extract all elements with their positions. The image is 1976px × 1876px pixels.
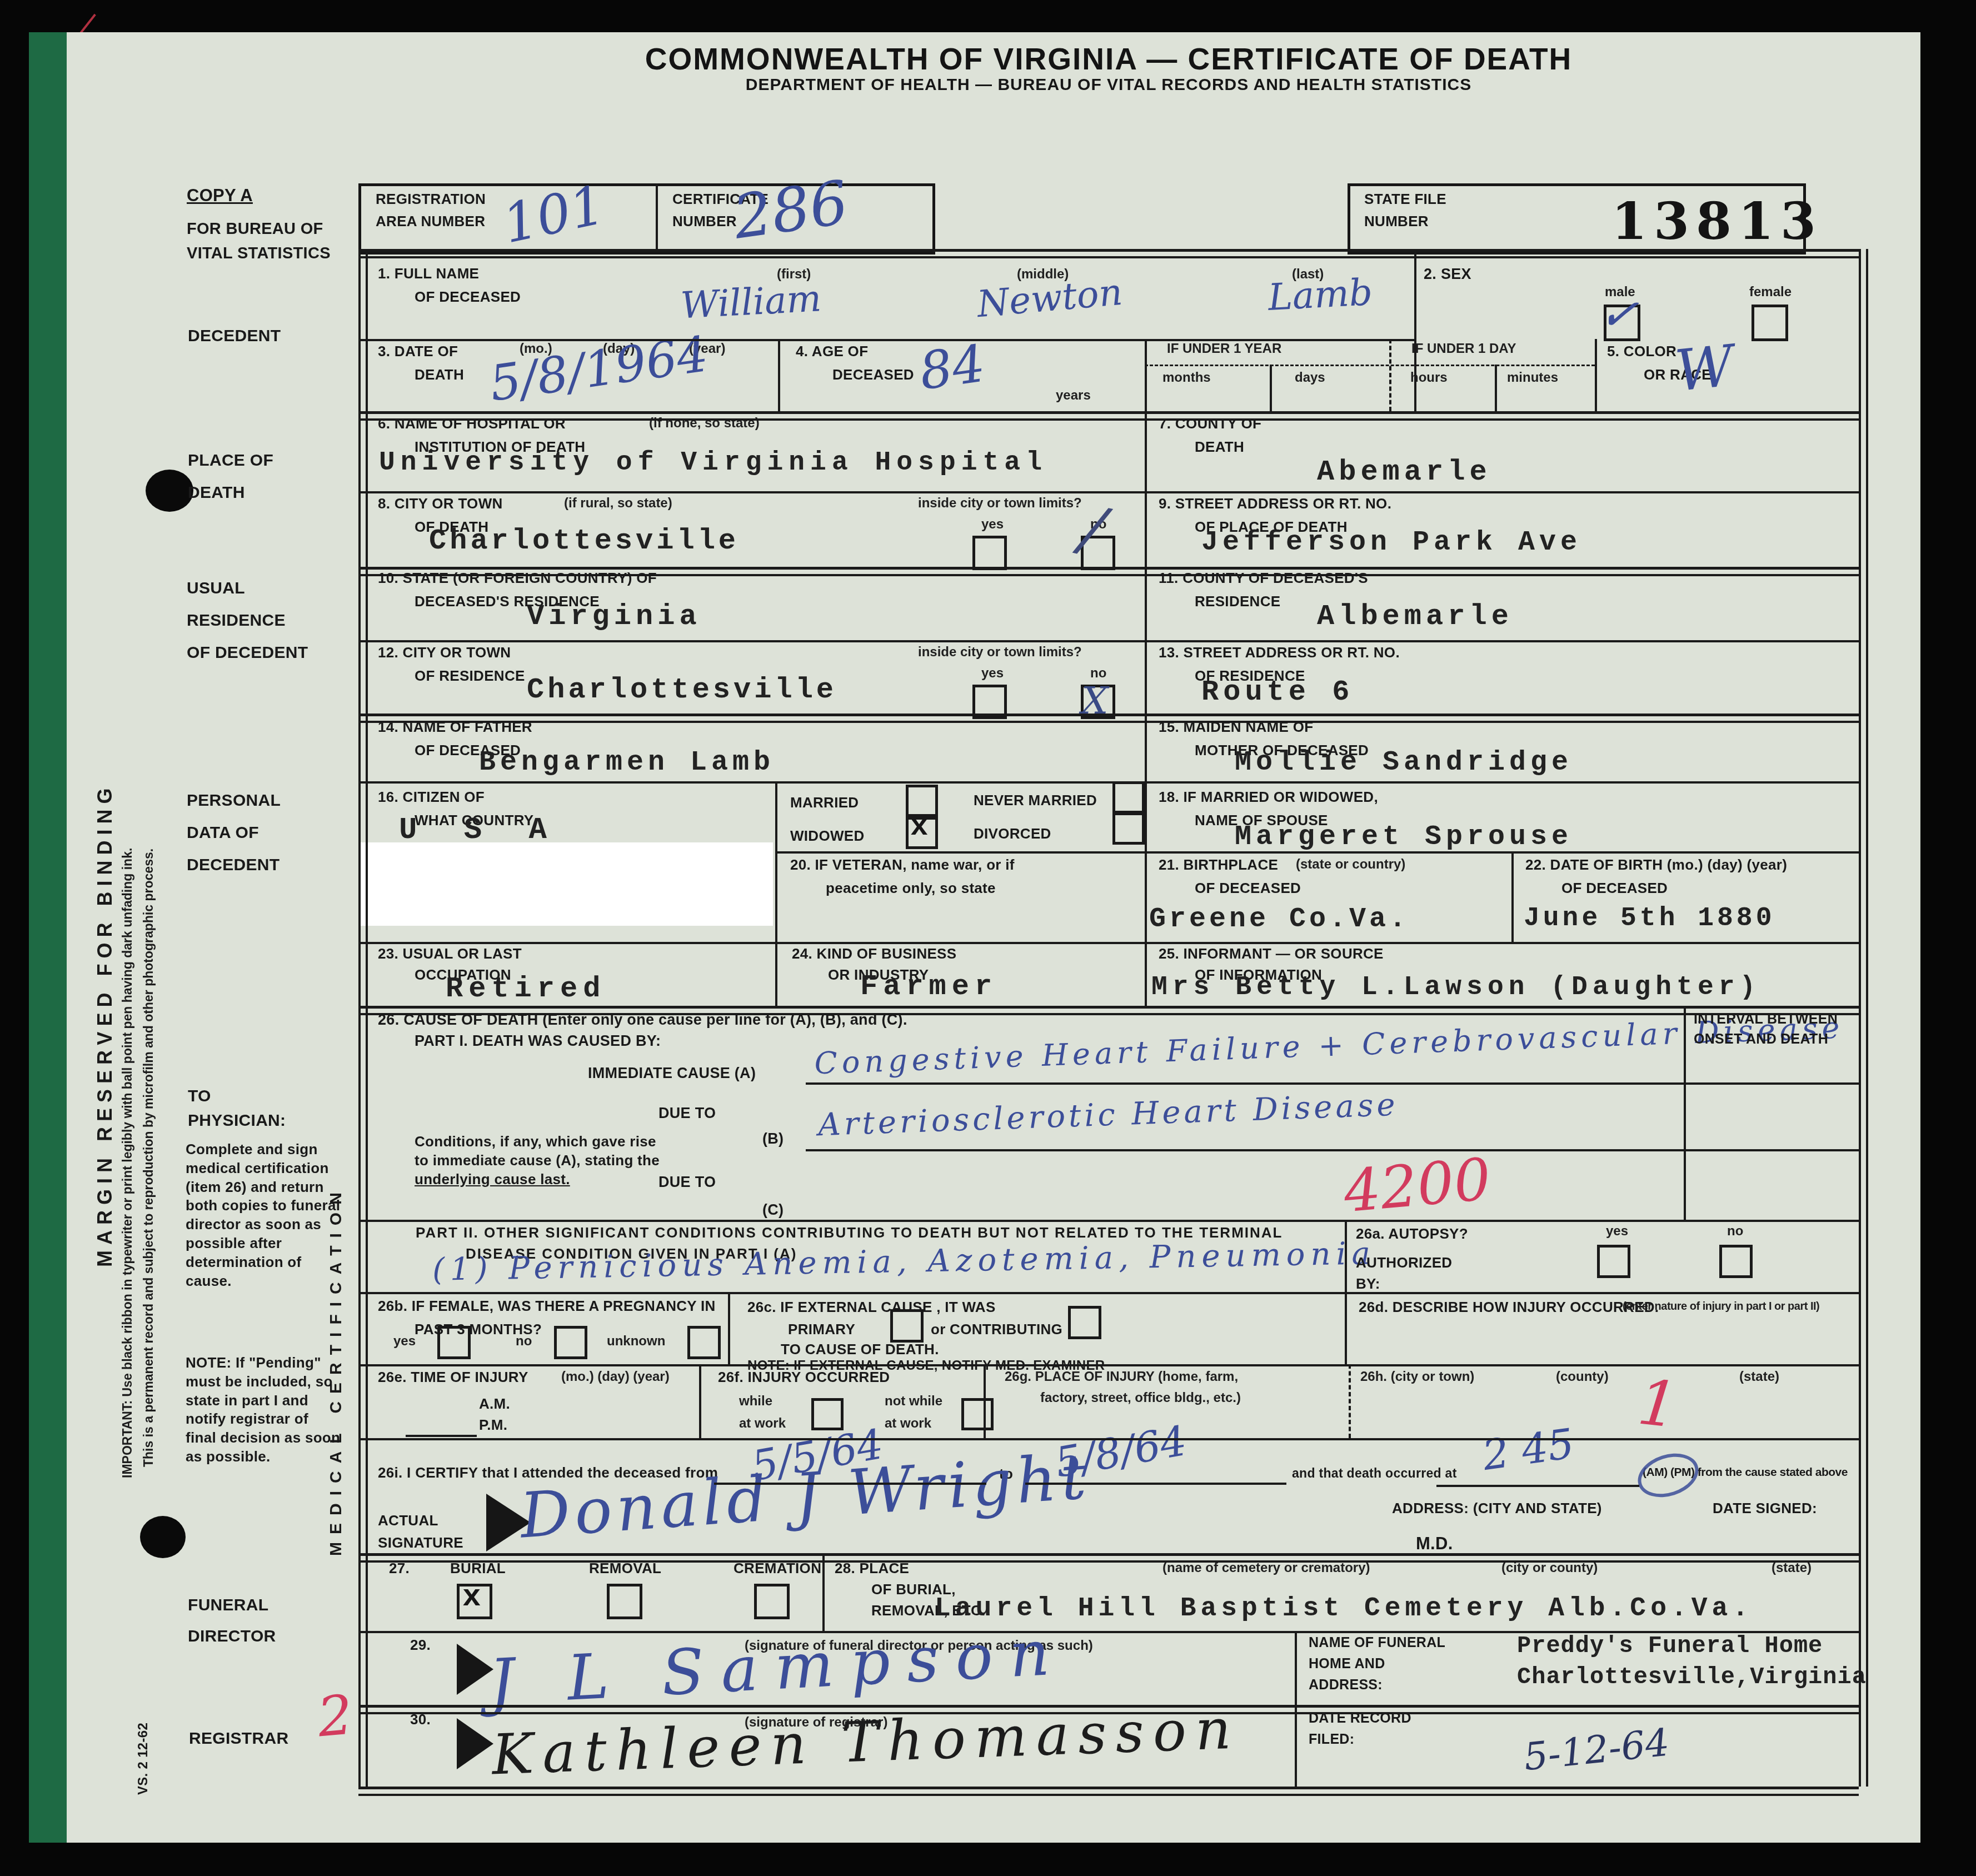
never-married-checkbox (1112, 781, 1145, 814)
field-4-label-1: 4. AGE OF (796, 343, 868, 360)
section-usual-residence-3: OF DECEDENT (187, 643, 308, 663)
section-to-physician-1: TO (188, 1087, 211, 1106)
field-3-label-1: 3. DATE OF (378, 343, 458, 360)
field-21-caption: (state or country) (1296, 857, 1405, 872)
primary-checkbox (890, 1309, 924, 1343)
funeral-home-label-3: ADDRESS: (1309, 1677, 1383, 1693)
grid-line (358, 1438, 1859, 1440)
grid-line (1295, 1631, 1297, 1787)
field-26a-authorized-label-1: AUTHORIZED (1356, 1255, 1452, 1271)
field-26a-yes-label: yes (1606, 1224, 1628, 1239)
field-26d-caption: (enter nature of injury in part I or par… (1623, 1300, 1819, 1313)
certificate-title: COMMONWEALTH OF VIRGINIA — CERTIFICATE O… (361, 41, 1856, 77)
under-1-day-title: IF UNDER 1 DAY (1411, 341, 1516, 357)
pregnancy-yes-checkbox (437, 1326, 471, 1359)
grid-line (358, 1631, 1859, 1633)
field-26f-not-while-label-2: at work (885, 1416, 931, 1431)
field-29-label: 29. (410, 1637, 431, 1654)
field-22-value: June 5th 1880 (1524, 904, 1775, 934)
grid-line (358, 491, 1859, 493)
grid-line (1345, 1292, 1347, 1364)
field-26g-label-1: 26g. PLACE OF INJURY (home, farm, (1005, 1369, 1238, 1385)
punch-hole-bottom (140, 1516, 186, 1558)
field-26c-to-cause-label: TO CAUSE OF DEATH. (781, 1341, 939, 1358)
field-28-caption-city: (city or county) (1501, 1560, 1598, 1576)
field-26g-label-2: factory, street, office bldg., etc.) (1040, 1390, 1241, 1406)
field-2-female-label: female (1749, 285, 1792, 300)
punch-hole-top (146, 470, 193, 512)
field-17-divorced-label: DIVORCED (974, 826, 1051, 842)
funeral-home-value-1: Preddy's Funeral Home (1517, 1633, 1823, 1659)
field-10-value: Virginia (527, 600, 701, 633)
pregnancy-unknown-checkbox (687, 1326, 721, 1359)
redaction-block (361, 842, 773, 926)
field-22-label-2: OF DECEASED (1561, 880, 1668, 897)
field-26d-label: 26d. DESCRIBE HOW INJURY OCCURRED. (1359, 1299, 1659, 1316)
grid-line (358, 1553, 1859, 1563)
field-4-years-label: years (1056, 388, 1091, 403)
field-5-value: W (1672, 333, 1737, 405)
field-26f-not-while-label-1: not while (885, 1394, 942, 1409)
field-7-value: Abemarle (1317, 456, 1491, 488)
field-6-value: University of Virginia Hospital (379, 448, 1047, 478)
margin-important-text-1: IMPORTANT: Use black ribbon in typewrite… (120, 848, 135, 1478)
grid-line (1595, 339, 1597, 411)
grid-line (358, 1364, 1859, 1366)
field-11-value: Albemarle (1317, 600, 1513, 633)
grid-line (1495, 365, 1497, 411)
field-26b-label-1: 26b. IF FEMALE, WAS THERE A PREGNANCY IN (378, 1298, 716, 1315)
field-25-value: Mrs Betty L.Lawson (Daughter) (1151, 972, 1760, 1002)
grid-line (358, 567, 1859, 576)
grid-line (699, 1364, 701, 1438)
copy-for-label-1: FOR BUREAU OF (187, 220, 323, 238)
field-4-value: 84 (916, 333, 989, 401)
while-at-work-checkbox (811, 1398, 844, 1430)
field-21-value: Greene Co.Va. (1149, 904, 1409, 935)
margin-binding-text: MARGIN RESERVED FOR BINDING (93, 783, 116, 1267)
copy-a-label: COPY A (187, 186, 253, 206)
field-26f-while-label-2: at work (739, 1416, 786, 1431)
field-16-label-1: 16. CITIZEN OF (378, 789, 485, 806)
grid-line (656, 183, 658, 249)
state-file-label-1: STATE FILE (1364, 191, 1446, 208)
section-personal-data-3: DECEDENT (187, 856, 280, 875)
contributing-checkbox (1068, 1306, 1101, 1339)
grid-line (1859, 249, 1861, 1787)
field-7-label-2: DEATH (1195, 439, 1244, 456)
field-8-yes-checkbox (972, 536, 1007, 570)
section-personal-data-2: DATA OF (187, 824, 259, 843)
field-26a-authorized-label-2: BY: (1356, 1276, 1380, 1293)
funeral-home-label-2: HOME AND (1309, 1656, 1385, 1672)
pending-note: NOTE: If "Pending" must be included, so … (186, 1354, 341, 1466)
field-30-arrow (457, 1718, 493, 1769)
funeral-home-label-1: NAME OF FUNERAL (1309, 1635, 1445, 1651)
field-8-value: Charlottesville (429, 525, 739, 557)
field-26f-while-label-1: while (739, 1394, 772, 1409)
section-funeral-director-1: FUNERAL (188, 1596, 268, 1615)
field-18-label-1: 18. IF MARRIED OR WIDOWED, (1159, 789, 1378, 806)
state-file-value: 13813 (1611, 191, 1823, 251)
field-28-label-1: 28. PLACE (835, 1560, 909, 1577)
binding-strip (29, 32, 67, 1843)
grid-line (714, 1483, 986, 1485)
field-26h-caption-county: (county) (1556, 1369, 1609, 1385)
registration-area-label-1: REGISTRATION (376, 191, 486, 208)
copy-for-label-2: VITAL STATISTICS (187, 245, 331, 263)
field-13-value: Route 6 (1201, 676, 1354, 709)
field-26c-label: 26c. IF EXTERNAL CAUSE , IT WAS (747, 1299, 996, 1316)
autopsy-no-checkbox (1719, 1245, 1753, 1278)
field-24-value: Farmer (860, 970, 997, 1003)
field-26c-contributing-label: or CONTRIBUTING (931, 1321, 1062, 1338)
form-code: VS. 2 12-62 (136, 1723, 151, 1795)
date-record-filed-label-2: FILED: (1309, 1732, 1354, 1748)
removal-checkbox (607, 1584, 642, 1619)
grid-line (1345, 1220, 1347, 1292)
under-1-year-days: days (1295, 370, 1325, 386)
burial-checkbox-mark: x (462, 1579, 481, 1615)
field-26b-yes-label: yes (393, 1334, 416, 1349)
field-11-label-2: RESIDENCE (1195, 593, 1280, 610)
md-label: M.D. (1416, 1534, 1453, 1554)
grid-line (1414, 249, 1416, 411)
field-12-label-2: OF RESIDENCE (415, 668, 525, 685)
field-18-value: Margeret Sprouse (1235, 821, 1573, 853)
cremation-checkbox (754, 1584, 790, 1619)
grid-line (1145, 339, 1147, 1006)
field-27-removal-label: REMOVAL (589, 1560, 661, 1577)
field-26b-no-label: no (516, 1334, 532, 1349)
widowed-checkbox-mark: x (910, 810, 928, 844)
grid-line (1389, 339, 1391, 411)
field-13-label-1: 13. STREET ADDRESS OR RT. NO. (1159, 645, 1400, 661)
grid-line (778, 339, 780, 411)
field-26i-date-signed-label: DATE SIGNED: (1713, 1500, 1817, 1517)
field-17-widowed-label: WIDOWED (790, 828, 865, 845)
autopsy-yes-checkbox (1597, 1245, 1630, 1278)
grid-line (366, 249, 368, 1787)
grid-line (1145, 365, 1595, 366)
grid-line (775, 851, 1859, 854)
grid-line (358, 942, 1859, 944)
due-to-label-1: DUE TO (658, 1105, 716, 1122)
field-26i-address-label: ADDRESS: (CITY AND STATE) (1392, 1500, 1602, 1517)
field-26b-unknown-label: unknown (607, 1334, 665, 1349)
field-4-label-2: DECEASED (832, 367, 914, 383)
grid-line (1270, 365, 1272, 411)
conditions-note-1: Conditions, if any, which gave rise (415, 1134, 656, 1150)
field-1-value-first: William (680, 277, 822, 327)
field-28-caption-state: (state) (1772, 1560, 1812, 1576)
grid-line (1436, 1485, 1639, 1487)
field-12-yes-label: yes (981, 666, 1004, 681)
grid-line (1866, 249, 1868, 1787)
grid-line (358, 1292, 1859, 1294)
section-personal-data-1: PERSONAL (187, 791, 281, 811)
field-26e-label: 26e. TIME OF INJURY (378, 1369, 528, 1386)
section-to-physician-2: PHYSICIAN: (188, 1111, 286, 1131)
field-22-label-1: 22. DATE OF BIRTH (mo.) (day) (year) (1525, 857, 1787, 874)
grid-line (358, 640, 1859, 642)
field-27-burial-label: BURIAL (450, 1560, 506, 1577)
margin-important-text-2: This is a permanent record and subject t… (141, 849, 156, 1467)
section-usual-residence-1: USUAL (187, 579, 245, 598)
field-8-limits-label: inside city or town limits? (918, 496, 1082, 511)
registrar-red-mark: 2 (315, 1683, 355, 1749)
field-5-label-1: 5. COLOR (1607, 343, 1676, 360)
pregnancy-no-checkbox (554, 1326, 587, 1359)
field-14-value: Bengarmen Lamb (479, 747, 775, 779)
grid-line (358, 1787, 1859, 1796)
male-checkbox-mark: ✓ (1596, 285, 1641, 343)
field-8-label-1: 8. CITY OR TOWN (378, 496, 503, 512)
grid-line (358, 339, 1414, 341)
grid-line (822, 1553, 825, 1631)
field-8-yes-label: yes (981, 517, 1004, 532)
field-12-limits-label: inside city or town limits? (918, 645, 1082, 660)
field-9-value: Jefferson Park Ave (1201, 527, 1581, 558)
actual-signature-label-2: SIGNATURE (378, 1535, 463, 1551)
field-26c-primary-label: PRIMARY (788, 1321, 855, 1338)
interval-label-2: ONSET AND DEATH (1694, 1031, 1828, 1047)
grid-line (406, 1435, 477, 1437)
field-28-caption-cemetery: (name of cemetery or crematory) (1162, 1560, 1370, 1576)
field-27-cremation-label: CREMATION (733, 1560, 821, 1577)
grid-line (358, 714, 1859, 723)
field-26h-caption-state: (state) (1739, 1369, 1779, 1385)
field-23-label-1: 23. USUAL OR LAST (378, 946, 522, 962)
grid-line (1684, 1006, 1686, 1220)
field-2-label: 2. SEX (1424, 266, 1471, 283)
section-funeral-director-2: DIRECTOR (188, 1627, 276, 1647)
field-26f-label: 26f. INJURY OCCURRED (718, 1369, 890, 1386)
grid-line (984, 1364, 986, 1438)
grid-line (1511, 851, 1514, 942)
field-21-label-2: OF DECEASED (1195, 880, 1301, 897)
field-1-label-1: 1. FULL NAME (378, 266, 479, 282)
grid-line (358, 1006, 1859, 1015)
funeral-home-value-2: Charlottesville,Virginia (1517, 1664, 1867, 1690)
not-while-at-work-checkbox (961, 1398, 994, 1430)
section-usual-residence-2: RESIDENCE (187, 611, 286, 631)
field-12-label-1: 12. CITY OR TOWN (378, 645, 511, 661)
immediate-cause-label: IMMEDIATE CAUSE (A) (588, 1065, 756, 1082)
under-1-year-title: IF UNDER 1 YEAR (1167, 341, 1281, 357)
physician-note: Complete and sign medical certification … (186, 1140, 348, 1290)
field-3-label-2: DEATH (415, 367, 464, 383)
field-26-part1-label: PART I. DEATH WAS CAUSED BY: (415, 1032, 661, 1050)
section-place-of-death-1: PLACE OF (188, 451, 273, 471)
field-17-never-married-label: NEVER MARRIED (974, 792, 1097, 809)
field-26e-caption: (mo.) (day) (year) (561, 1369, 670, 1385)
grid-line (358, 781, 1859, 784)
field-26h-red-mark: 1 (1634, 1366, 1681, 1443)
under-1-day-minutes: minutes (1507, 370, 1558, 386)
field-23-value: Retired (446, 972, 606, 1005)
actual-signature-label-1: ACTUAL (378, 1513, 438, 1529)
field-26i-death-at-label: and that death occurred at (1292, 1466, 1457, 1480)
section-place-of-death-2: DEATH (188, 483, 245, 503)
field-1-label-2: OF DECEASED (415, 289, 521, 306)
grid-line (806, 1149, 1859, 1151)
grid-line (358, 249, 361, 1787)
field-12-value: Charlottesville (527, 673, 837, 706)
section-registrar: REGISTRAR (189, 1729, 288, 1749)
field-20-label-2: peacetime only, so state (826, 880, 996, 897)
field-26e-pm-label: P.M. (479, 1417, 507, 1434)
field-15-value: Mollie Sandridge (1235, 747, 1573, 779)
field-24-label-1: 24. KIND OF BUSINESS (792, 946, 956, 962)
certificate-subtitle: DEPARTMENT OF HEALTH — BUREAU OF VITAL R… (361, 76, 1856, 94)
field-20-label-1: 20. IF VETERAN, name war, or if (790, 857, 1015, 874)
grid-line (806, 1082, 1859, 1085)
field-26h-caption-city: 26h. (city or town) (1360, 1369, 1474, 1385)
due-to-label-2: DUE TO (658, 1174, 716, 1191)
conditions-note-3: underlying cause last. (415, 1171, 570, 1188)
female-checkbox (1752, 305, 1788, 341)
conditions-note-2: to immediate cause (A), stating the (415, 1152, 660, 1169)
field-26e-am-label: A.M. (479, 1396, 510, 1413)
field-1-value-last: Lamb (1267, 271, 1374, 319)
grid-line (358, 1220, 1859, 1222)
field-21-label-1: 21. BIRTHPLACE (1159, 857, 1278, 874)
cause-code-red: 4200 (1341, 1145, 1493, 1226)
grid-line (1349, 1364, 1351, 1438)
field-25-label-1: 25. INFORMANT — OR SOURCE (1159, 946, 1384, 962)
state-file-label-2: NUMBER (1364, 213, 1429, 230)
cause-c-label: (C) (762, 1201, 784, 1219)
scanned-death-certificate: MARGIN RESERVED FOR BINDING IMPORTANT: U… (0, 0, 1976, 1876)
registration-area-label-2: AREA NUMBER (376, 213, 485, 230)
grid-line (358, 411, 1859, 421)
field-26a-no-label: no (1727, 1224, 1743, 1239)
certificate-number-label-2: NUMBER (672, 213, 737, 230)
cause-b-label: (B) (762, 1130, 784, 1147)
grid-line (728, 1292, 730, 1364)
grid-line (1025, 1483, 1286, 1485)
section-decedent: DECEDENT (188, 327, 281, 346)
under-1-year-months: months (1162, 370, 1211, 386)
field-27-label: 27. (389, 1560, 410, 1577)
field-8-caption: (if rural, so state) (564, 496, 672, 511)
divorced-checkbox (1112, 812, 1145, 845)
grid-line (358, 1705, 1859, 1714)
grid-line (775, 781, 777, 1006)
grid-line (358, 249, 1859, 258)
field-17-married-label: MARRIED (790, 795, 859, 811)
field-26a-label: 26a. AUTOPSY? (1356, 1226, 1468, 1243)
field-9-label-1: 9. STREET ADDRESS OR RT. NO. (1159, 496, 1391, 512)
section-medical-certification: MEDICAL CERTIFICATION (327, 1185, 346, 1556)
